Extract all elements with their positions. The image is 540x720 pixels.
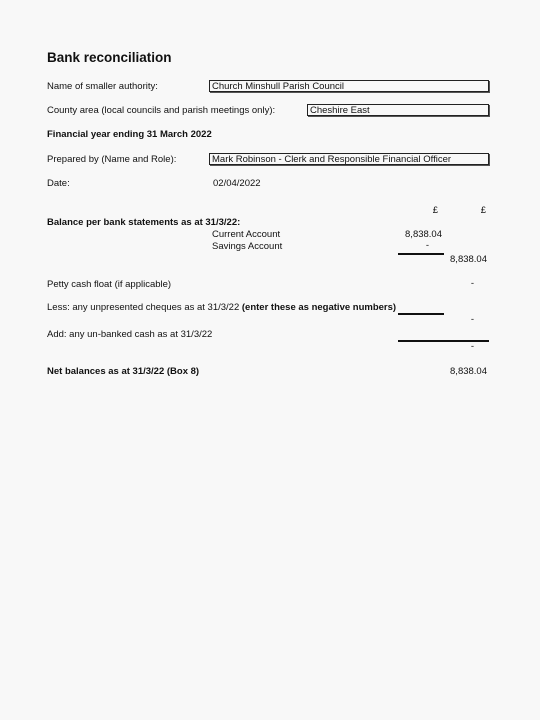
unpresented-cheques-amount: - <box>430 314 474 326</box>
county-field[interactable]: Cheshire East <box>307 104 489 116</box>
prepared-by-label: Prepared by (Name and Role): <box>47 154 176 166</box>
unbanked-cash-amount: - <box>430 341 474 353</box>
prepared-by-field[interactable]: Mark Robinson - Clerk and Responsible Fi… <box>209 153 489 165</box>
date-value[interactable]: 02/04/2022 <box>213 178 261 190</box>
authority-field[interactable]: Church Minshull Parish Council <box>209 80 489 92</box>
account-amount-savings[interactable]: - <box>380 240 429 252</box>
net-balances-amount: 8,838.04 <box>430 366 487 378</box>
authority-label: Name of smaller authority: <box>47 81 158 93</box>
county-label: County area (local councils and parish m… <box>47 105 275 117</box>
unbanked-cash-label: Add: any un-banked cash as at 31/3/22 <box>47 329 212 341</box>
account-name-current: Current Account <box>212 229 280 241</box>
unpresented-cheques-note: (enter these as negative numbers) <box>242 302 396 313</box>
net-balances-label: Net balances as at 31/3/22 (Box 8) <box>47 366 199 378</box>
petty-cash-label: Petty cash float (if applicable) <box>47 279 171 291</box>
balance-subtotal: 8,838.04 <box>430 254 487 266</box>
petty-cash-amount[interactable]: - <box>430 278 474 290</box>
financial-year-heading: Financial year ending 31 March 2022 <box>47 129 212 141</box>
page-title: Bank reconciliation <box>47 50 172 66</box>
balance-label: Balance per bank statements as at 31/3/2… <box>47 217 240 229</box>
date-label: Date: <box>47 178 70 190</box>
unpresented-cheques-text: Less: any unpresented cheques as at 31/3… <box>47 302 242 313</box>
currency-header-col1: £ <box>398 205 438 217</box>
account-name-savings: Savings Account <box>212 241 282 253</box>
unpresented-cheques-label: Less: any unpresented cheques as at 31/3… <box>47 302 396 314</box>
currency-header-col2: £ <box>446 205 486 217</box>
